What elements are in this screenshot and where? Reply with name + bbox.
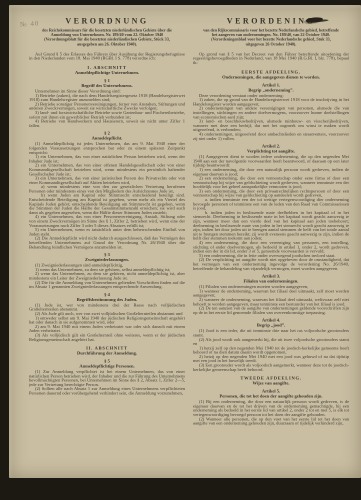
numbered-item: 4) Betriebe von Handwerkern und Hausiere… xyxy=(29,119,185,128)
german-header: VERORDNUNG des Reichskommissars für die … xyxy=(29,17,185,46)
dutch-header: VERORDENING van den Rijkscommissaris voo… xyxy=(193,17,349,46)
article-title: Filialen van ondernemingen. xyxy=(193,279,349,284)
article-title: Personen, die tot het doen der aangifte … xyxy=(193,394,349,399)
paragraph: (2) Wanneer alle personen, die op den vo… xyxy=(193,417,349,426)
paragraph: (1) Anmeldepflichtig ist jedes Unternehm… xyxy=(29,142,185,155)
article-title: Begriff des Unternehmens. xyxy=(29,83,185,88)
column-german-content: VERORDNUNG des Reichskommissars für die … xyxy=(29,17,185,395)
decree-title-german: VERORDNUNG xyxy=(29,17,185,26)
section-subheading: Anmeldepflichtige Unternehmen. xyxy=(29,70,185,75)
numbered-item: 2) ein Unternehmen, das von einer offene… xyxy=(29,163,185,176)
dutch-body-text: EERSTE AFDEELING.Ondernemingen, die aang… xyxy=(193,69,349,425)
section-subheading: Ondernemingen, die aangegeven dienen te … xyxy=(193,74,349,79)
paragraph: (3) Een grootouder wordt als voljoodsch … xyxy=(193,363,349,372)
lettered-subitem: a. indien tenminste een der tot wettige … xyxy=(193,198,349,211)
article-title: Begrip „onderneming”. xyxy=(193,87,349,92)
section-subheading: Wijze van aangifte. xyxy=(193,381,349,386)
paragraph: (1) Bij een onderneming, die door een na… xyxy=(193,400,349,417)
paragraph: (1) Jood is een ieder, die uit tenminste… xyxy=(193,329,349,338)
numbered-item: 4) ondernemingen, uitgeoefend door ambac… xyxy=(193,132,349,141)
paragraph: (2) Die Anmeldepflicht wird nicht dadurc… xyxy=(29,236,185,249)
numbered-item: 4) ein Unternehmen, das von einer Person… xyxy=(29,215,185,228)
article-title: Begriffsbestimmung des Juden. xyxy=(29,297,185,302)
section-subheading: Durchführung der Anmeldung. xyxy=(29,351,185,356)
decree-title-dutch: VERORDENING xyxy=(193,17,349,26)
column-german: VERORDNUNG des Reichskommissars für die … xyxy=(29,17,185,472)
numbered-item: 2) een onderneming, die door een vennoot… xyxy=(193,176,349,189)
article-title: Anmeldepflichtige Personen. xyxy=(29,364,185,369)
lettered-subitem: b) wenn Juden am Kapital oder Stimmrecht… xyxy=(29,193,185,214)
article-title: Anmeldepflicht. xyxy=(29,136,185,141)
column-dutch: VERORDENING van den Rijkscommissaris voo… xyxy=(193,17,349,472)
numbered-item: 4) een onderneming, die door een vereeni… xyxy=(193,241,349,254)
numbered-item: 2) wenn das Unternehmen, zu dem sie gehö… xyxy=(29,272,185,281)
lettered-subitem: b. indien joden in beslissende mate deel… xyxy=(193,210,349,240)
article-title: Zweigniederlassungen. xyxy=(29,257,185,262)
paragraph: (2) De verplichting tot aangifte wordt n… xyxy=(193,258,349,271)
numbered-item: 2) ondernemingen van andere vereeniginge… xyxy=(193,106,349,119)
article-title: Begrip „jood”. xyxy=(193,323,349,328)
column-dutch-content: VERORDENING van den Rijkscommissaris voo… xyxy=(193,17,349,425)
paragraph: (2) De ten aanzien van de aangifte van o… xyxy=(193,306,349,315)
document-paper: № 40 VERORDNUNG des Reichskommissars für… xyxy=(9,5,361,478)
two-column-layout: VERORDNUNG des Reichskommissars für die … xyxy=(29,17,349,478)
decree-reference-dutch: van den Rijkscommissaris voor het bezett… xyxy=(202,28,339,46)
numbered-item: 3) land- en boschbouwbedrijven, alsmede … xyxy=(193,119,349,132)
paragraph: (2) Sollten alle nach Absatz 1 zur Anmel… xyxy=(29,387,185,396)
german-body-text: I. ABSCHNITTAnmeldepflichtige Unternehme… xyxy=(29,65,185,395)
scanned-page-background: № 40 VERORDNUNG des Reichskommissars für… xyxy=(0,0,361,500)
paragraph: (3) Als volljüdisch gilt ein Großelternt… xyxy=(29,333,185,342)
paragraph: (2) Die für die Anmeldung von Unternehme… xyxy=(29,280,185,289)
paragraph: (1) Aangegeven dient te worden iedere on… xyxy=(193,155,349,168)
article-title: Verplichting tot aangifte. xyxy=(193,149,349,154)
decree-preamble-dutch: Op grond van § 5 van het Decreet van den… xyxy=(193,52,349,65)
paragraph: (1) Zur Anmeldung verpflichtet ist bei e… xyxy=(29,370,185,387)
decree-preamble-german: Auf Grund § 5 des Erlasses des Führers ü… xyxy=(29,52,185,61)
decree-reference-german: des Reichskommissars für die besetzten n… xyxy=(38,28,175,46)
